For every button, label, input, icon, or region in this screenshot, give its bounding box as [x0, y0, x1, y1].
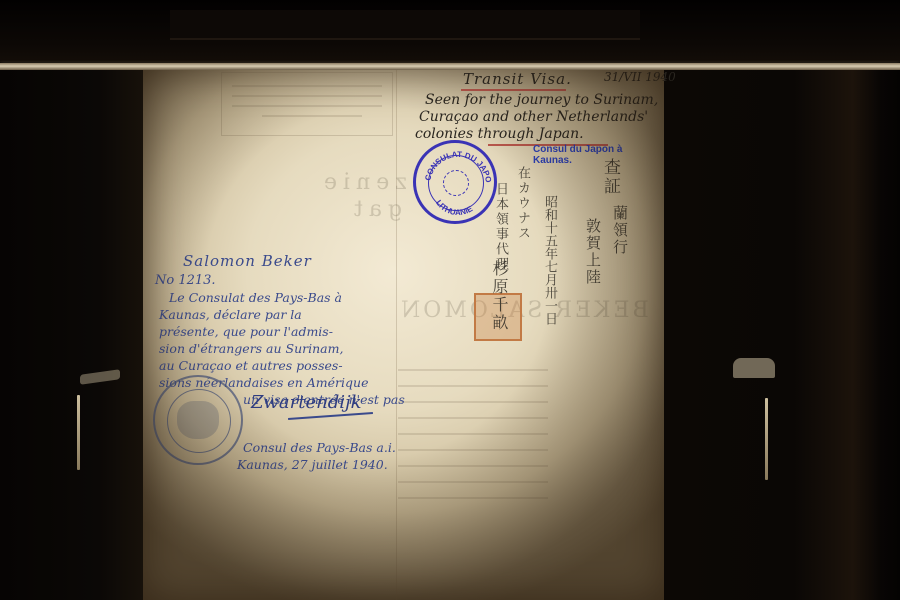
- visa-annotation-line: colonies through Japan.: [415, 126, 584, 142]
- svg-text:CONSULAT DU JAPON: CONSULAT DU JAPON: [416, 143, 493, 183]
- visa-annotation-line: Seen for the journey to Surinam,: [425, 92, 658, 108]
- declaration-place-date: Kaunas, 27 juillet 1940.: [237, 457, 388, 472]
- declaration-line: Kaunas, déclare par la: [159, 307, 302, 322]
- display-stand-left: [77, 395, 80, 470]
- museum-display-scene: zenie gat BEKER SALOMON Transit Visa. 31…: [0, 0, 900, 600]
- japanese-signature: 杉原千畝: [488, 260, 511, 332]
- declaration-line: au Curaçao et autres posses-: [159, 358, 343, 373]
- display-light-bar: [0, 63, 900, 70]
- visa-number: No 1213.: [155, 273, 216, 288]
- display-case-left-side: [0, 70, 143, 600]
- mirrored-print-word: gat: [348, 197, 402, 222]
- declaration-line: Le Consulat des Pays-Bas à: [169, 290, 342, 305]
- stamp-text-top: CONSULAT DU JAPON: [416, 143, 493, 183]
- visa-annotation-line: Curaçao and other Netherlands': [419, 109, 648, 125]
- japanese-column: 在カウナス: [513, 166, 532, 241]
- visa-title-underline: [461, 89, 566, 91]
- mirrored-print-name: BEKER SALOMON: [398, 298, 649, 323]
- declaration-line: présente, que pour l'admis-: [159, 324, 333, 339]
- japanese-column: 查証: [598, 158, 623, 196]
- dutch-consulate-stamp: [153, 375, 243, 465]
- japanese-column: 蘭領行: [610, 205, 631, 256]
- display-stand-right-head: [733, 358, 775, 378]
- printed-header-box: [221, 72, 393, 136]
- display-case-right-side: [664, 70, 900, 600]
- japanese-column: 昭和十五年七月卅一日: [540, 195, 559, 325]
- document-fold-line: [396, 70, 397, 600]
- svg-text:LITHUANIE: LITHUANIE: [434, 198, 475, 217]
- mirrored-print-word: zenie: [318, 170, 407, 195]
- consul-signature: Zwartendijk: [251, 392, 362, 413]
- applicant-name: Salomon Beker: [183, 252, 312, 270]
- japanese-consulate-stamp: CONSULAT DU JAPON LITHUANIE: [413, 140, 497, 224]
- japanese-column: 敦賀上陸: [583, 218, 604, 286]
- visa-date: 31/VII 1940: [604, 70, 676, 84]
- declaration-line: sion d'étrangers au Surinam,: [159, 341, 343, 356]
- display-case-upper-panel: [170, 10, 640, 40]
- stamp-text-bottom: LITHUANIE: [434, 198, 475, 217]
- display-case-top-frame: [0, 0, 900, 62]
- japanese-column: 日本領事代理: [491, 182, 510, 272]
- visa-document: zenie gat BEKER SALOMON Transit Visa. 31…: [143, 70, 664, 600]
- mirrored-print-rows: [398, 355, 548, 513]
- display-stand-right: [765, 398, 768, 480]
- consul-title: Consul des Pays-Bas a.i.: [243, 440, 396, 455]
- signature-flourish: [288, 412, 373, 420]
- visa-title: Transit Visa.: [463, 70, 572, 88]
- royal-crest-icon: [177, 401, 219, 439]
